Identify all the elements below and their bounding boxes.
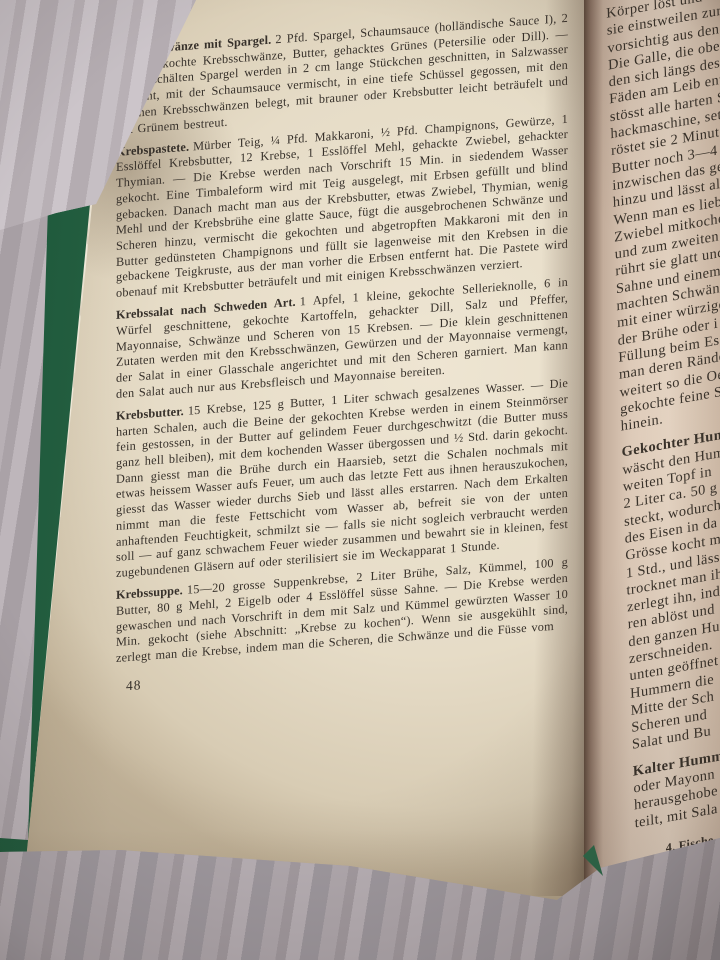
book-photo: Krebsschwänze mit Spargel.2 Pfd. Spargel… xyxy=(0,0,720,960)
right-page-text: Körper löst undsie einstweilen zur Svors… xyxy=(606,0,720,863)
right-page: Körper löst undsie einstweilen zur Svors… xyxy=(584,0,720,884)
recipe-paragraph: Krebspastete.Mürber Teig, ¼ Pfd. Makkaro… xyxy=(116,112,568,302)
left-page-text: Krebsschwänze mit Spargel.2 Pfd. Spargel… xyxy=(116,11,568,695)
recipe-paragraph: Krebsbutter.15 Krebse, 125 g Butter, 1 L… xyxy=(116,376,568,582)
